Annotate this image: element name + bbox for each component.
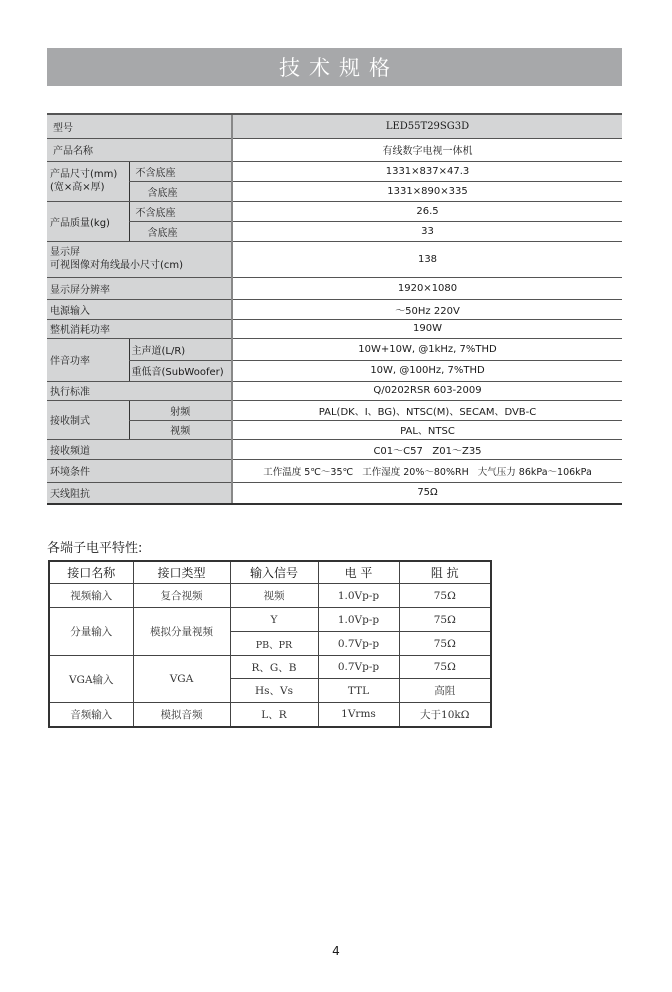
spec-label: 型号	[47, 114, 232, 138]
spec-sublabel: 含底座	[129, 181, 232, 201]
spec-row-model: 型号 LED55T29SG3D	[47, 114, 622, 138]
spec-sublabel: 重低音(SubWoofer)	[129, 360, 232, 381]
spec-row-size-without-stand: 产品尺寸(mm) (宽×高×厚) 不含底座 1331×837×47.3	[47, 161, 622, 181]
spec-label: 产品质量(kg)	[47, 201, 129, 241]
column-header: 接口类型	[133, 561, 230, 584]
page-title-bar: 技术规格	[47, 48, 622, 86]
spec-label: 电源输入	[47, 299, 232, 319]
port-impedance: 高阻	[399, 679, 491, 703]
spec-value: 1920×1080	[232, 277, 622, 299]
port-type: 模拟音频	[133, 703, 230, 727]
port-level: TTL	[318, 679, 399, 703]
spec-label: 整机消耗功率	[47, 319, 232, 338]
port-impedance: 大于10kΩ	[399, 703, 491, 727]
port-impedance: 75Ω	[399, 632, 491, 656]
port-type: 复合视频	[133, 584, 230, 608]
spec-row-environment: 环境条件 工作温度 5℃～35℃ 工作湿度 20%～80%RH 大气压力 86k…	[47, 459, 622, 482]
port-signal: 视频	[230, 584, 318, 608]
spec-sublabel: 不含底座	[129, 201, 232, 221]
spec-value: 190W	[232, 319, 622, 338]
column-header: 阻 抗	[399, 561, 491, 584]
spec-label: 产品名称	[47, 138, 232, 161]
spec-value: 138	[232, 241, 622, 277]
spec-label-line: 显示屏	[50, 246, 225, 259]
spec-value: 75Ω	[232, 482, 622, 504]
spec-row-screen: 显示屏 可视图像对角线最小尺寸(cm) 138	[47, 241, 622, 277]
spec-label-line: (宽×高×厚)	[50, 181, 129, 194]
page-number: 4	[0, 944, 672, 958]
spec-label: 接收制式	[47, 400, 129, 439]
spec-row-size-with-stand: 含底座 1331×890×335	[47, 181, 622, 201]
spec-row-weight-without-stand: 产品质量(kg) 不含底座 26.5	[47, 201, 622, 221]
spec-value: PAL、NTSC	[232, 420, 622, 439]
spec-label: 环境条件	[47, 459, 232, 482]
column-header: 输入信号	[230, 561, 318, 584]
spec-row-reception-video: 视频 PAL、NTSC	[47, 420, 622, 439]
table-row: 音频输入 模拟音频 L、R 1Vrms 大于10kΩ	[49, 703, 491, 727]
spec-label: 执行标准	[47, 381, 232, 400]
spec-value: 10W+10W, @1kHz, 7%THD	[232, 338, 622, 360]
spec-row-weight-with-stand: 含底座 33	[47, 221, 622, 241]
port-signal: Hs、Vs	[230, 679, 318, 703]
spec-value: 1331×837×47.3	[232, 161, 622, 181]
section-heading: 各端子电平特性:	[47, 537, 142, 556]
port-type: VGA	[133, 656, 230, 703]
spec-label-line: 产品尺寸(mm)	[50, 168, 129, 181]
table-row: 视频输入 复合视频 视频 1.0Vp-p 75Ω	[49, 584, 491, 608]
ports-table: 接口名称 接口类型 输入信号 电 平 阻 抗 视频输入 复合视频 视频 1.0V…	[48, 560, 492, 728]
ports-header-row: 接口名称 接口类型 输入信号 电 平 阻 抗	[49, 561, 491, 584]
column-header: 接口名称	[49, 561, 133, 584]
spec-row-audio-sub: 重低音(SubWoofer) 10W, @100Hz, 7%THD	[47, 360, 622, 381]
table-row: 分量输入 模拟分量视频 Y 1.0Vp-p 75Ω	[49, 608, 491, 632]
port-level: 1.0Vp-p	[318, 608, 399, 632]
port-name: VGA输入	[49, 656, 133, 703]
spec-value: 10W, @100Hz, 7%THD	[232, 360, 622, 381]
spec-sublabel: 主声道(L/R)	[129, 338, 232, 360]
port-impedance: 75Ω	[399, 656, 491, 679]
port-signal: L、R	[230, 703, 318, 727]
spec-value: LED55T29SG3D	[232, 114, 622, 138]
port-type: 模拟分量视频	[133, 608, 230, 656]
spec-row-reception-rf: 接收制式 射频 PAL(DK、I、BG)、NTSC(M)、SECAM、DVB-C	[47, 400, 622, 420]
port-level: 0.7Vp-p	[318, 632, 399, 656]
port-level: 1.0Vp-p	[318, 584, 399, 608]
port-name: 音频输入	[49, 703, 133, 727]
spec-row-resolution: 显示屏分辨率 1920×1080	[47, 277, 622, 299]
spec-value: 26.5	[232, 201, 622, 221]
port-name: 视频输入	[49, 584, 133, 608]
spec-row-channels: 接收频道 C01～C57 Z01～Z35	[47, 439, 622, 459]
spec-row-power-consumption: 整机消耗功率 190W	[47, 319, 622, 338]
port-impedance: 75Ω	[399, 608, 491, 632]
spec-row-audio-main: 伴音功率 主声道(L/R) 10W+10W, @1kHz, 7%THD	[47, 338, 622, 360]
spec-value: 有线数字电视一体机	[232, 138, 622, 161]
spec-label: 接收频道	[47, 439, 232, 459]
table-row: VGA输入 VGA R、G、B 0.7Vp-p 75Ω	[49, 656, 491, 679]
spec-row-standard: 执行标准 Q/0202RSR 603-2009	[47, 381, 622, 400]
spec-row-product-name: 产品名称 有线数字电视一体机	[47, 138, 622, 161]
port-signal: PB、PR	[230, 632, 318, 656]
spec-sublabel: 视频	[129, 420, 232, 439]
spec-row-power-input: 电源输入 ～50Hz 220V	[47, 299, 622, 319]
port-impedance: 75Ω	[399, 584, 491, 608]
spec-row-antenna: 天线阻抗 75Ω	[47, 482, 622, 504]
port-name: 分量输入	[49, 608, 133, 656]
spec-label-line: 可视图像对角线最小尺寸(cm)	[50, 259, 225, 272]
spec-value: Q/0202RSR 603-2009	[232, 381, 622, 400]
port-level: 1Vrms	[318, 703, 399, 727]
spec-label-size: 产品尺寸(mm) (宽×高×厚)	[47, 161, 129, 201]
spec-value: 33	[232, 221, 622, 241]
spec-sublabel: 不含底座	[129, 161, 232, 181]
spec-sublabel: 含底座	[129, 221, 232, 241]
spec-sublabel: 射频	[129, 400, 232, 420]
spec-label: 显示屏分辨率	[47, 277, 232, 299]
spec-value: 工作温度 5℃～35℃ 工作湿度 20%～80%RH 大气压力 86kPa～10…	[232, 459, 622, 482]
spec-label: 天线阻抗	[47, 482, 232, 504]
spec-table: 型号 LED55T29SG3D 产品名称 有线数字电视一体机 产品尺寸(mm) …	[47, 113, 622, 505]
port-signal: Y	[230, 608, 318, 632]
port-signal: R、G、B	[230, 656, 318, 679]
spec-label: 伴音功率	[47, 338, 129, 381]
spec-value: C01～C57 Z01～Z35	[232, 439, 622, 459]
spec-value: 1331×890×335	[232, 181, 622, 201]
spec-value: PAL(DK、I、BG)、NTSC(M)、SECAM、DVB-C	[232, 400, 622, 420]
spec-label-screen: 显示屏 可视图像对角线最小尺寸(cm)	[47, 241, 232, 277]
spec-value: ～50Hz 220V	[232, 299, 622, 319]
page-title: 技术规格	[270, 52, 399, 82]
column-header: 电 平	[318, 561, 399, 584]
port-level: 0.7Vp-p	[318, 656, 399, 679]
